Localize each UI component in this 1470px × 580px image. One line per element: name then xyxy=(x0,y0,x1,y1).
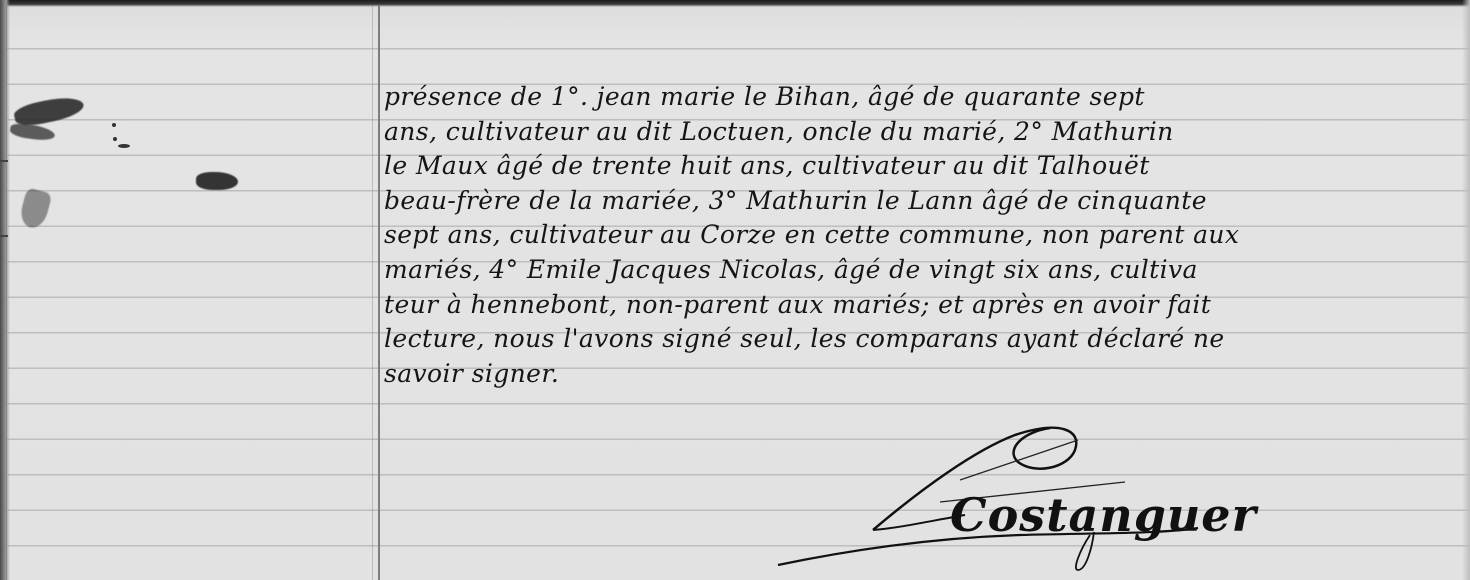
signature-name: Costanguer xyxy=(950,488,1257,542)
page-left-edge-shadow xyxy=(0,0,10,580)
page-right-edge-shadow xyxy=(1462,0,1470,580)
page-top-edge-shadow xyxy=(0,0,1470,7)
text-line: présence de 1°. jean marie le Bihan, âgé… xyxy=(384,80,1444,115)
text-line: ans, cultivateur au dit Loctuen, oncle d… xyxy=(384,115,1444,150)
ink-speck-icon xyxy=(112,123,116,127)
text-line: beau-frère de la mariée, 3° Mathurin le … xyxy=(384,184,1444,219)
ink-speck-icon xyxy=(113,137,117,141)
text-line: savoir signer. xyxy=(384,357,1444,392)
text-line: mariés, 4° Emile Jacques Nicolas, âgé de… xyxy=(384,253,1444,288)
margin-tick-mark xyxy=(0,160,8,162)
text-line: le Maux âgé de trente huit ans, cultivat… xyxy=(384,149,1444,184)
signature: Costanguer xyxy=(760,420,1220,580)
handwritten-body-text: présence de 1°. jean marie le Bihan, âgé… xyxy=(384,80,1444,391)
text-line: lecture, nous l'avons signé seul, les co… xyxy=(384,322,1444,357)
register-page: présence de 1°. jean marie le Bihan, âgé… xyxy=(0,0,1470,580)
margin-rule-line xyxy=(378,5,380,580)
text-line: sept ans, cultivateur au Corze en cette … xyxy=(384,218,1444,253)
margin-rule-line-faint xyxy=(372,5,373,580)
ink-blot-icon xyxy=(9,122,56,142)
ink-smudge-icon xyxy=(18,187,53,230)
ink-blot-icon xyxy=(196,172,238,190)
text-line: teur à hennebont, non-parent aux mariés;… xyxy=(384,288,1444,323)
left-rule-line xyxy=(6,5,7,580)
ink-speck-icon xyxy=(118,144,130,148)
margin-tick-mark xyxy=(0,235,8,237)
